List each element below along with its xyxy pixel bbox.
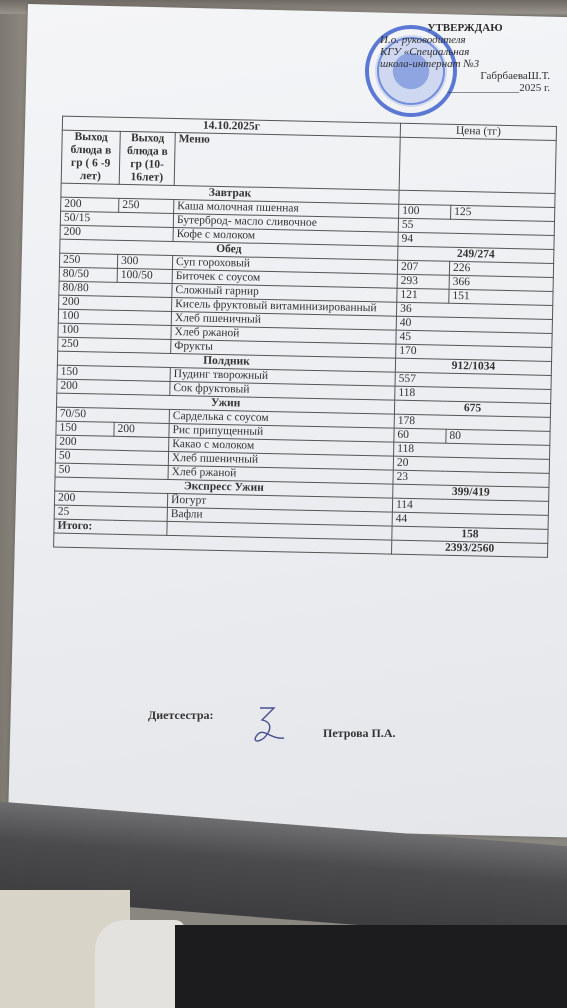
price-young: 121 bbox=[397, 288, 449, 303]
approval-title: УТВЕРЖДАЮ bbox=[360, 22, 550, 34]
dark-area bbox=[175, 925, 567, 1008]
portion-young: 250 bbox=[59, 253, 117, 268]
column-header-menu: Меню bbox=[174, 133, 400, 191]
approval-date: _____________2025 г. bbox=[360, 82, 550, 94]
portion-old: 100/50 bbox=[117, 268, 172, 283]
price-young: 207 bbox=[397, 260, 449, 275]
cloth bbox=[95, 920, 185, 1008]
portion-old: 300 bbox=[117, 254, 172, 269]
approval-line: КГУ «Специальная bbox=[360, 46, 550, 58]
signature-label: Диетсестра: bbox=[148, 708, 214, 723]
column-header-portion-6-9: Выход блюда в гр ( 6 -9 лет) bbox=[61, 130, 120, 184]
approval-line: И.о. руководителя bbox=[360, 34, 550, 46]
price-young: 100 bbox=[399, 204, 451, 219]
portion-young: 150 bbox=[56, 421, 114, 436]
signature-name: Петрова П.А. bbox=[323, 726, 396, 741]
price-old: 226 bbox=[449, 261, 553, 277]
price-old: 125 bbox=[451, 205, 555, 221]
grand-total-value: 2393/2560 bbox=[391, 540, 547, 557]
portion-old: 200 bbox=[114, 422, 169, 437]
column-header-price bbox=[399, 137, 556, 193]
header-row-columns: Выход блюда в гр ( 6 -9 лет)Выход блюда … bbox=[61, 130, 556, 193]
price-old: 151 bbox=[449, 289, 553, 305]
price-young: 60 bbox=[394, 428, 446, 443]
portion-old: 250 bbox=[119, 198, 174, 213]
approval-line: школа-интернат №3 bbox=[360, 58, 550, 70]
portion-young: 200 bbox=[61, 197, 119, 212]
menu-table: 14.10.2025гЦена (тг)Выход блюда в гр ( 6… bbox=[53, 116, 557, 558]
approval-block: УТВЕРЖДАЮ И.о. руководителя КГУ «Специал… bbox=[360, 22, 550, 94]
price-old: 366 bbox=[449, 275, 553, 291]
portion-young: 80/50 bbox=[59, 267, 117, 282]
column-header-portion-10-16: Выход блюда в гр (10-16лет) bbox=[119, 131, 175, 185]
price-young: 293 bbox=[397, 274, 449, 289]
signature-scrawl-icon bbox=[248, 704, 288, 748]
approval-signer: ГабрбаеваШ.Т. bbox=[360, 70, 550, 82]
